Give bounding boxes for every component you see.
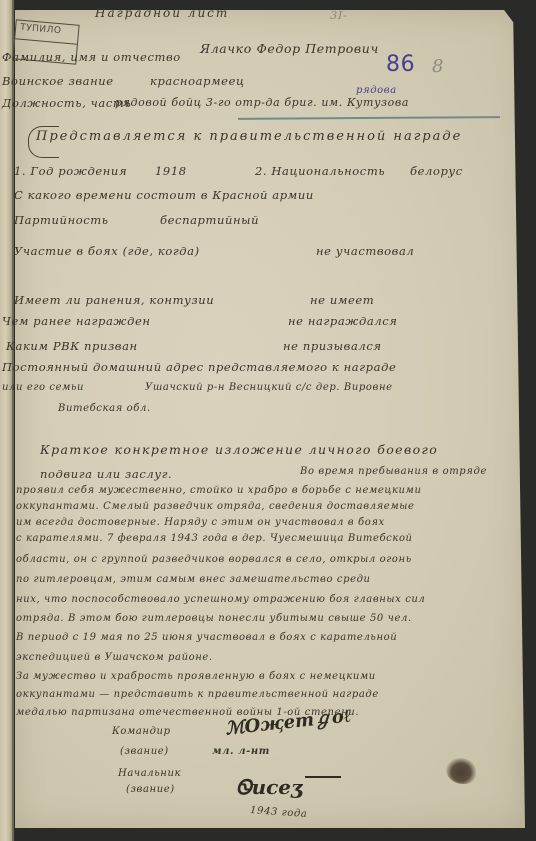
rvk-value: не призывался [283,339,382,353]
address-value: Ушачский р-н Весницкий с/с дер. Вировне [145,381,393,395]
chief-label: Начальник [118,767,181,781]
narrative-line: по гитлеровцам, этим самым внес замешате… [16,573,371,587]
nominated-label: Представляется к правительственной награ… [36,130,462,144]
address-label: Постоянный домашний адрес представляемог… [2,360,396,374]
address-label-2: или его семьи [2,381,84,395]
prior-awards-label: Чем ранее награжден [2,314,151,328]
position-value: рядовой бойц 3-го отр-да бриг. им. Кутуз… [115,96,409,110]
narrative-line: оккупантами — представить к правительств… [16,688,379,702]
party-value: беспартийный [160,213,259,227]
commander-rank-label: (звание) [120,745,169,759]
binding-fold-line [12,0,14,841]
commander-label: Командир [112,725,171,739]
stamp-text: ТУПИЛО [20,23,62,37]
narrative-line: области, он с группой разведчиков ворвал… [16,553,412,567]
position-label: Должность, часть [2,96,131,110]
narrative-heading-2: подвига или заслуг. [40,467,172,481]
narrative-line: В период с 19 мая по 25 июня участвовал … [16,631,397,645]
signature-dash [318,722,328,723]
nationality-label: 2. Национальность [255,164,385,178]
narrative-line: оккупантами. Смелый разведчик отряда, св… [16,500,414,514]
combat-value: не участвовал [316,244,414,258]
chief-signature: Ꮻисеʒ [236,775,302,799]
birth-value: 1918 [155,164,187,178]
archive-number-pencil: 3I- [330,8,348,22]
rvk-label: Каким РВК призван [6,339,138,353]
narrative-line: им всегда достоверные. Наряду с этим он … [16,516,385,530]
service-label: С какого времени состоит в Красной армии [14,188,314,202]
name-label: Фамилия, имя и отчество [2,50,181,64]
narrative-line: За мужество и храбрость проявленную в бо… [16,670,376,684]
narrative-line: проявил себя мужественно, стойко и храбр… [16,484,422,498]
signature-dash [305,776,341,778]
wounds-value: не имеет [310,293,374,307]
scan-viewer: Наградной лист 3I- ТУПИЛО Фамилия, имя и… [0,0,536,841]
stamp-rule [15,38,77,44]
rank-value: красноармеец [150,74,245,88]
rank-label: Воинское звание [2,74,114,88]
birth-label: 1. Год рождения [14,164,127,178]
chief-rank-label: (звание) [126,783,175,797]
document-header: Наградной лист [95,6,229,20]
narrative-line: экспедицией в Ушачском районе. [16,651,213,665]
combat-label: Участие в боях (где, когда) [14,244,200,258]
sheet-number-pencil: 8 [432,60,444,74]
name-value: Ялачко Федор Петрович [200,42,379,56]
narrative-heading-1: Краткое конкретное изложение личного бое… [40,443,438,457]
wounds-label: Имеет ли ранения, контузии [14,293,214,307]
narrative-line: Во время пребывания в отряде [300,465,487,479]
narrative-line: с карателями. 7 февраля 1943 года в дер.… [16,532,413,546]
nationality-value: белорус [410,164,463,178]
narrative-line: них, что поспособствовало успешному отра… [16,593,425,607]
prior-awards-value: не награждался [288,314,398,328]
commander-rank-value: мл. л-нт [212,745,270,759]
narrative-line: отряда. В этом бою гитлеровцы понесли уб… [16,612,412,626]
address-value-2: Витебская обл. [58,402,151,416]
party-label: Партийность [14,213,109,227]
sheet-number: 86 [386,58,415,72]
